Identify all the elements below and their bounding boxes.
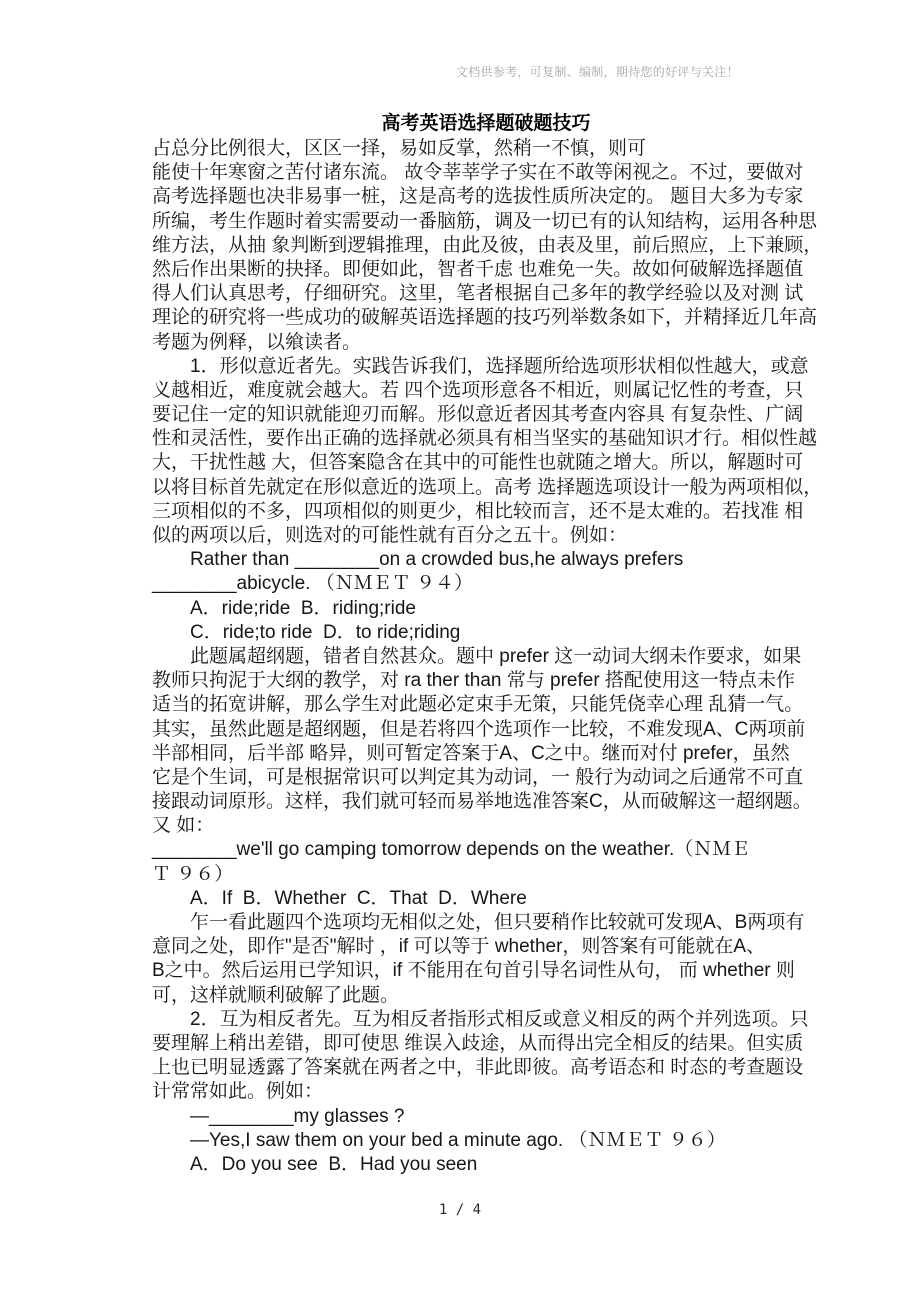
text-line: 其实，虽然此题是超纲题，但是若将四个选项作一比较，不难发现A、C两项前 [152,718,842,742]
document-title: 高考英语选择题破题技巧 [152,108,820,135]
text-line: ________abicycle. （ＮＭＥＴ ９４） [152,572,842,596]
text-line: 大，干扰性越 大，但答案隐含在其中的可能性也就随之增大。所以，解题时可 [152,451,842,475]
text-line: 此题属超纲题，错者自然甚众。题中 prefer 这一动词大纲未作要求，如果 [152,645,842,669]
text-line: 乍一看此题四个选项均无相似之处，但只要稍作比较就可发现A、B两项有 [152,911,842,935]
text-line: 然后作出果断的抉择。即便如此，智者千虑 也难免一失。故如何破解选择题值 [152,258,842,282]
text-line: 要理解上稍出差错，即可使思 维误入歧途，从而得出完全相反的结果。但实质 [152,1032,842,1056]
text-line: 可，这样就顺利破解了此题。 [152,984,842,1008]
text-line: 维方法，从抽 象判断到逻辑推理，由此及彼，由表及里，前后照应，上下兼顾， [152,234,842,258]
text-line: A．If B．Whether C．That D．Where [152,887,842,911]
text-line: 计常常如此。例如： [152,1080,842,1104]
text-line: —Yes,I saw them on your bed a minute ago… [152,1129,842,1153]
text-line: 考题为例释，以飨读者。 [152,331,842,355]
text-line: A．Do you see B．Had you seen [152,1153,842,1177]
text-line: B之中。然后运用已学知识，if 不能用在句首引导名词性从句， 而 whether… [152,959,842,983]
page-number: 1 / 4 [0,1202,920,1218]
text-line: ________we'll go camping tomorrow depend… [152,838,842,862]
text-line: —________my glasses ? [152,1105,842,1129]
text-line: 1．形似意近者先。实践告诉我们，选择题所给选项形状相似性越大，或意 [152,355,842,379]
text-line: A．ride;ride B．riding;ride [152,597,842,621]
text-line: 所编，考生作题时着实需要动一番脑筋，调及一切已有的认知结构，运用各种思 [152,210,842,234]
text-line: 高考选择题也决非易事一桩，这是高考的选拔性质所决定的。 题目大多为专家 [152,185,842,209]
document-body: 占总分比例很大，区区一择，易如反掌，然稍一不慎，则可能使十年寒窗之苦付诸东流。 … [152,137,842,1177]
text-line: 又 如： [152,814,842,838]
text-line: 意同之处，即作"是否"解时 ，if 可以等于 whether，则答案有可能就在A… [152,935,842,959]
text-line: Rather than ________on a crowded bus,he … [152,548,842,572]
text-line: 似的两项以后，则选对的可能性就有百分之五十。例如： [152,524,842,548]
document-page: 文档供参考，可复制、编制，期待您的好评与关注！ 高考英语选择题破题技巧 占总分比… [0,0,920,1302]
header-note: 文档供参考，可复制、编制，期待您的好评与关注！ [456,63,739,80]
text-line: 2．互为相反者先。互为相反者指形式相反或意义相反的两个并列选项。只 [152,1008,842,1032]
text-line: 占总分比例很大，区区一择，易如反掌，然稍一不慎，则可 [152,137,842,161]
text-line: 能使十年寒窗之苦付诸东流。 故令莘莘学子实在不敢等闲视之。不过，要做对 [152,161,842,185]
text-line: 半部相同，后半部 略异，则可暂定答案于A、C之中。继而对付 prefer，虽然 [152,742,842,766]
text-line: 性和灵活性，要作出正确的选择就必须具有相当坚实的基础知识才行。相似性越 [152,427,842,451]
text-line: 上也已明显透露了答案就在两者之中，非此即彼。高考语态和 时态的考查题设 [152,1056,842,1080]
text-line: 三项相似的不多，四项相似的则更少，相比较而言，还不是太难的。若找准 相 [152,500,842,524]
text-line: 理论的研究将一些成功的破解英语选择题的技巧列举数条如下，并精择近几年高 [152,306,842,330]
text-line: 义越相近，难度就会越大。若 四个选项形意各不相近，则属记忆性的考查，只 [152,379,842,403]
text-line: 得人们认真思考，仔细研究。这里，笔者根据自己多年的教学经验以及对测 试 [152,282,842,306]
text-line: 教师只拘泥于大纲的教学，对 ra ther than 常与 prefer 搭配使… [152,669,842,693]
text-line: 要记住一定的知识就能迎刃而解。形似意近者因其考查内容具 有复杂性、广阔 [152,403,842,427]
text-line: 接跟动词原形。这样，我们就可轻而易举地选准答案C，从而破解这一超纲题。 [152,790,842,814]
text-line: Ｔ ９６） [152,863,842,887]
text-line: 它是个生词，可是根据常识可以判定其为动词，一 般行为动词之后通常不可直 [152,766,842,790]
text-line: 适当的拓宽讲解，那么学生对此题必定束手无策，只能凭侥幸心理 乱猜一气。 [152,693,842,717]
text-line: C．ride;to ride D．to ride;riding [152,621,842,645]
text-line: 以将目标首先就定在形似意近的选项上。高考 选择题选项设计一般为两项相似， [152,476,842,500]
